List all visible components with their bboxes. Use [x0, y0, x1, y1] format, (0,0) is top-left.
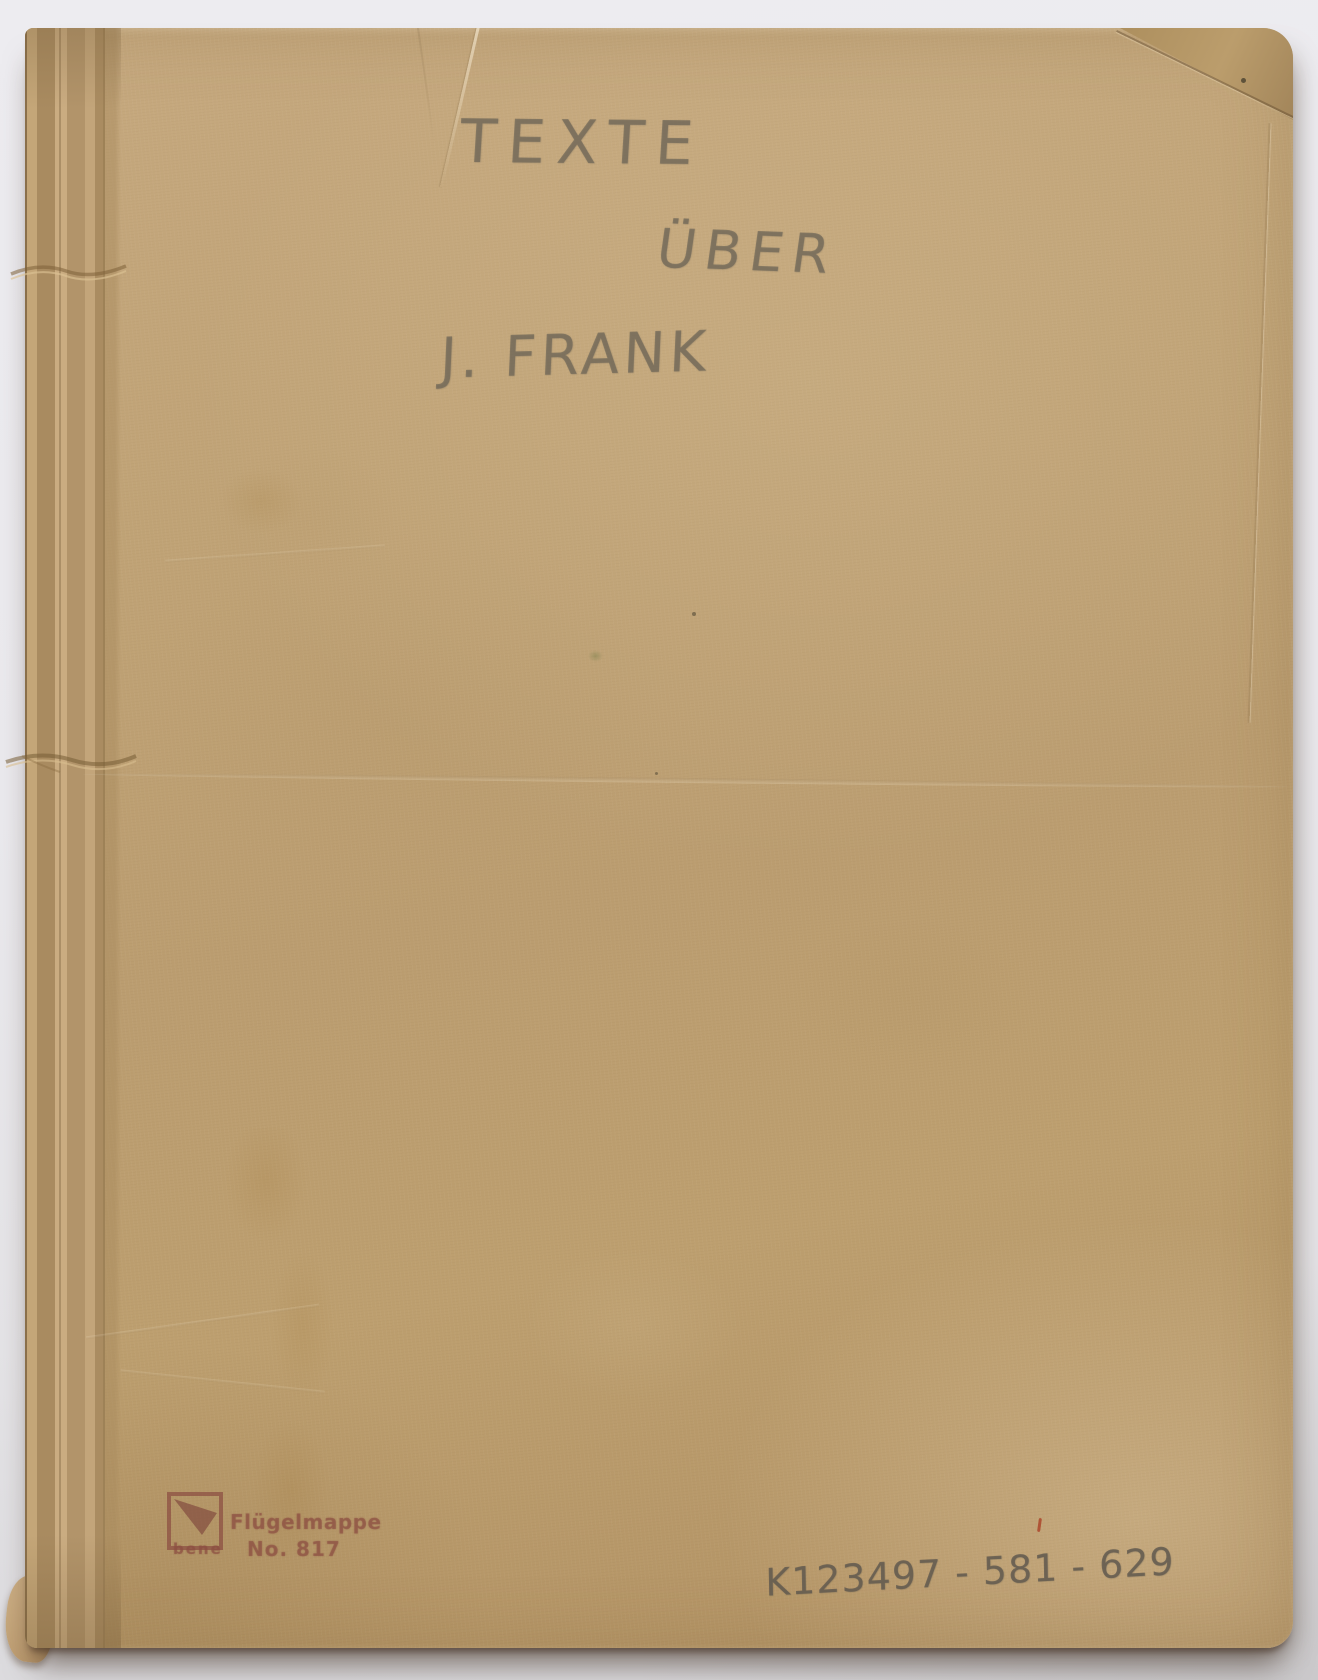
photo-background: TEXTE ÜBER J. FRANK K123497 - 581 - 629 … [0, 0, 1318, 1680]
cover-title-line-2: ÜBER [653, 217, 842, 286]
binding-thread-middle [2, 736, 142, 782]
stamp-product-label: Flügelmappe [230, 1510, 382, 1534]
cover-title-line-3: J. FRANK [439, 319, 712, 391]
stamp-brand-label: bene [173, 1540, 223, 1558]
binding-thread-top [8, 252, 132, 292]
stamp-number-label: No. 817 [247, 1537, 341, 1561]
cover-title-line-1: TEXTE [458, 107, 706, 179]
ink-speck [1241, 78, 1246, 83]
ink-speck [692, 612, 696, 616]
ink-speck [655, 772, 658, 775]
folder-cover: TEXTE ÜBER J. FRANK K123497 - 581 - 629 … [25, 28, 1293, 1648]
